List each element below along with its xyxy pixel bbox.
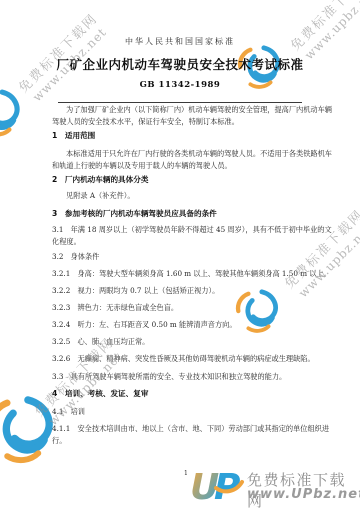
standard-country-line: 中华人民共和国国家标准 [0,36,360,47]
text-line: 3.2.1 身高：驾驶大型车辆须身高 1.60 m 以上、驾驶其他车辆须身高 1… [52,268,326,280]
clause-4-1-1: 4.1.1 安全技术培训由市、地以上（含市、地、下同）劳动部门或其指定的单位组织… [52,423,326,447]
clause-3-1: 3.1 年满 18 周岁以上（初学驾驶员年龄不得超过 45 周岁），具有不低于初… [52,224,326,248]
text-line: 本标准适用于只允许在厂内行驶的各类机动车辆的驾驶人员。不适用于各类铁路机车 [52,148,326,160]
text-line: 化程度。 [52,236,326,248]
text-line: 3.2.4 听力：左、右耳距音叉 0.50 m 能辨清声音方向。 [52,319,326,331]
section-2-heading: 2 厂内机动车辆的具体分类 [52,174,326,186]
section-1-heading: 1 适用范围 [52,130,326,142]
up-logo-icon [0,88,24,140]
page-number: 1 [184,470,188,477]
text-line: 为了加强厂矿企业内（以下简称厂内）机动车辆驾驶的安全管理，提高厂内机动车辆 [52,104,326,116]
clause-3-2-1: 3.2.1 身高：驾驶大型车辆须身高 1.60 m 以上、驾驶其他车辆须身高 1… [52,268,326,280]
section-1-paragraph: 本标准适用于只允许在厂内行驶的各类机动车辆的驾驶人员。不适用于各类铁路机车 和轨… [52,148,326,172]
text-line: 3.2.2 视力：两眼均为 0.7 以上（包括矫正视力）。 [52,285,326,297]
clause-3-2-4: 3.2.4 听力：左、右耳距音叉 0.50 m 能辨清声音方向。 [52,319,326,331]
up-logo-icon: U P [190,466,246,508]
header-divider [58,102,302,103]
up-logo-icon [0,394,60,468]
clause-3-3: 3.3 具有所驾驶车辆驾驶所需的安全、专业技术知识和独立驾驶的能力。 [52,371,326,383]
text-line: 3.3 具有所驾驶车辆驾驶所需的安全、专业技术知识和独立驾驶的能力。 [52,371,326,383]
text-line: 3.2.5 心、肺、血压均正常。 [52,336,326,348]
clause-4-1: 4.1 培训 [52,406,326,418]
footer-site-url: www.UPbz.net [247,487,360,502]
clause-3-2-6: 3.2.6 无癫痫、精神病、突发性昏厥及其他妨碍驾驶机动车辆的病症或生理缺陷。 [52,353,326,365]
text-line: 3.2.6 无癫痫、精神病、突发性昏厥及其他妨碍驾驶机动车辆的病症或生理缺陷。 [52,353,326,365]
text-line: 和轨道上行驶的车辆以及专用于载人的车辆的驾驶人员。 [52,160,326,172]
standard-number: GB 11342-1989 [0,80,360,90]
clause-3-2: 3.2 身体条件 [52,251,326,263]
text-line: 3.2 身体条件 [52,251,326,263]
section-2-paragraph: 见附录 A（补充件）。 [52,190,326,202]
clause-3-2-2: 3.2.2 视力：两眼均为 0.7 以上（包括矫正视力）。 [52,285,326,297]
document-title: 厂矿企业内机动车驾驶员安全技术考试标准 [0,55,360,73]
text-line: 4.1 培训 [52,406,326,418]
section-3-heading: 3 参加考核的厂内机动车辆驾驶员应具备的条件 [52,208,326,220]
document-page: 免费标准下载网 www.upbz.net 免费标准下载网 www.upbz.ne… [0,0,360,509]
text-line: 4.1.1 安全技术培训由市、地以上（含市、地、下同）劳动部门或其指定的单位组织… [52,423,326,435]
section-4-heading: 4 培训、考核、发证、复审 [52,388,326,400]
clause-3-2-5: 3.2.5 心、肺、血压均正常。 [52,336,326,348]
text-line: 见附录 A（补充件）。 [52,190,326,202]
text-line: 行。 [52,435,326,447]
text-line: 3.2.3 辨色力：无赤绿色盲或全色盲。 [52,302,326,314]
intro-paragraph: 为了加强厂矿企业内（以下简称厂内）机动车辆驾驶的安全管理，提高厂内机动车辆 驾驶… [52,104,326,128]
clause-3-2-3: 3.2.3 辨色力：无赤绿色盲或全色盲。 [52,302,326,314]
text-line: 3.1 年满 18 周岁以上（初学驾驶员年龄不得超过 45 周岁），具有不低于初… [52,224,326,236]
text-line: 驾驶人员的安全技术水平，保证行车安全，特制订本标准。 [52,116,326,128]
